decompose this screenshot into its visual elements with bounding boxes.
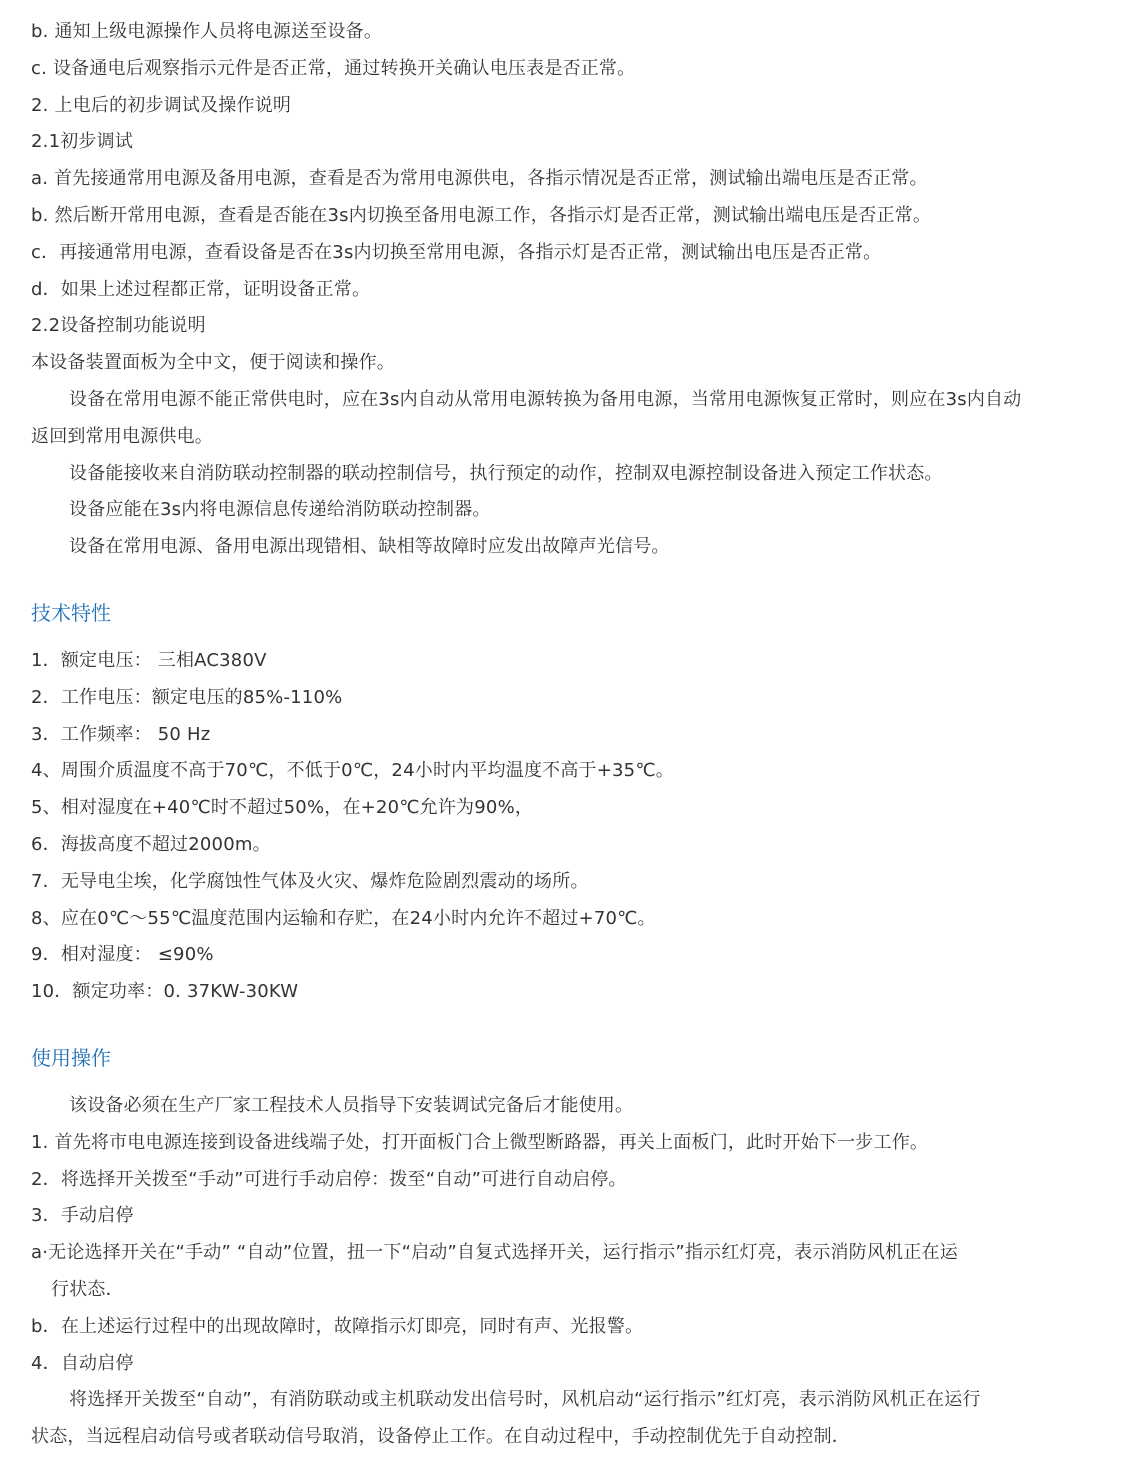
intro-paragraph-1-line-1: 设备在常用电源不能正常供电时，应在3s内自动从常用电源转换为备用电源，当常用电源…	[31, 382, 1111, 419]
usage-step-3: 3．手动启停	[31, 1198, 1111, 1235]
intro-paragraph-2: 设备能接收来自消防联动控制器的联动控制信号，执行预定的动作，控制双电源控制设备进…	[31, 456, 1111, 493]
usage-step-2: 2．将选择开关拨至“手动”可进行手动启停：拨至“自动”可进行自动启停。	[31, 1162, 1111, 1199]
intro-line-b2: b. 然后断开常用电源，查看是否能在3s内切换至备用电源工作，各指示灯是否正常，…	[31, 198, 1111, 235]
intro-section: b. 通知上级电源操作人员将电源送至设备。 c. 设备通电后观察指示元件是否正常…	[31, 14, 1111, 566]
usage-step-3a-line-2: 行状态．	[31, 1272, 1111, 1309]
usage-step-1: 1. 首先将市电电源连接到设备进线端子处，打开面板门合上微型断路器，再关上面板门…	[31, 1125, 1111, 1162]
usage-step-3a-line-1: a·无论选择开关在“手动” “自动”位置，扭一下“启动”自复式选择开关，运行指示…	[31, 1235, 1111, 1272]
usage-step-4-para-line-2: 状态，当远程启动信号或者联动信号取消，设备停止工作。在自动过程中，手动控制优先于…	[31, 1419, 1111, 1456]
intro-line-2-2: 2.2设备控制功能说明	[31, 308, 1111, 345]
intro-line-b: b. 通知上级电源操作人员将电源送至设备。	[31, 14, 1111, 51]
tech-item-9: 9．相对湿度： ≤90%	[31, 937, 1111, 974]
usage-step-3b: b．在上述运行过程中的出现故障时，故障指示灯即亮，同时有声、光报警。	[31, 1309, 1111, 1346]
tech-item-5: 5、相对湿度在+40℃时不超过50%，在+20℃允许为90%，	[31, 790, 1111, 827]
intro-line-c2: c．再接通常用电源，查看设备是否在3s内切换至常用电源，各指示灯是否正常，测试输…	[31, 235, 1111, 272]
intro-line-a: a. 首先接通常用电源及备用电源，查看是否为常用电源供电，各指示情况是否正常，测…	[31, 161, 1111, 198]
tech-item-8: 8、应在0℃～55℃温度范围内运输和存贮，在24小时内允许不超过+70℃。	[31, 901, 1111, 938]
tech-heading: 技术特性	[31, 593, 1111, 633]
tech-item-7: 7．无导电尘埃，化学腐蚀性气体及火灾、爆炸危险剧烈震动的场所。	[31, 864, 1111, 901]
intro-paragraph-4: 设备在常用电源、备用电源出现错相、缺相等故障时应发出故障声光信号。	[31, 529, 1111, 566]
usage-heading: 使用操作	[31, 1038, 1111, 1078]
tech-item-10: 10．额定功率：0. 37KW-30KW	[31, 974, 1111, 1011]
tech-item-4: 4、周围介质温度不高于70℃，不低于0℃，24小时内平均温度不高于+35℃。	[31, 753, 1111, 790]
usage-step-4: 4．自动启停	[31, 1346, 1111, 1383]
intro-paragraph-1-line-2: 返回到常用电源供电。	[31, 419, 1111, 456]
intro-line-panel: 本设备装置面板为全中文，便于阅读和操作。	[31, 345, 1111, 382]
document-body: b. 通知上级电源操作人员将电源送至设备。 c. 设备通电后观察指示元件是否正常…	[31, 14, 1111, 1456]
tech-item-2: 2．工作电压：额定电压的85%-110%	[31, 680, 1111, 717]
intro-line-d: d．如果上述过程都正常，证明设备正常。	[31, 272, 1111, 309]
tech-section: 技术特性 1．额定电压： 三相AC380V 2．工作电压：额定电压的85%-11…	[31, 593, 1111, 1011]
intro-paragraph-3: 设备应能在3s内将电源信息传递给消防联动控制器。	[31, 492, 1111, 529]
intro-line-c: c. 设备通电后观察指示元件是否正常，通过转换开关确认电压表是否正常。	[31, 51, 1111, 88]
intro-line-2: 2. 上电后的初步调试及操作说明	[31, 88, 1111, 125]
usage-section: 使用操作 该设备必须在生产厂家工程技术人员指导下安装调试完备后才能使用。 1. …	[31, 1038, 1111, 1456]
tech-item-1: 1．额定电压： 三相AC380V	[31, 643, 1111, 680]
usage-intro: 该设备必须在生产厂家工程技术人员指导下安装调试完备后才能使用。	[31, 1088, 1111, 1125]
tech-item-6: 6．海拔高度不超过2000m。	[31, 827, 1111, 864]
tech-item-3: 3．工作频率： 50 Hz	[31, 717, 1111, 754]
intro-line-2-1: 2.1初步调试	[31, 124, 1111, 161]
usage-step-4-para-line-1: 将选择开关拨至“自动”，有消防联动或主机联动发出信号时，风机启动“运行指示”红灯…	[31, 1382, 1111, 1419]
